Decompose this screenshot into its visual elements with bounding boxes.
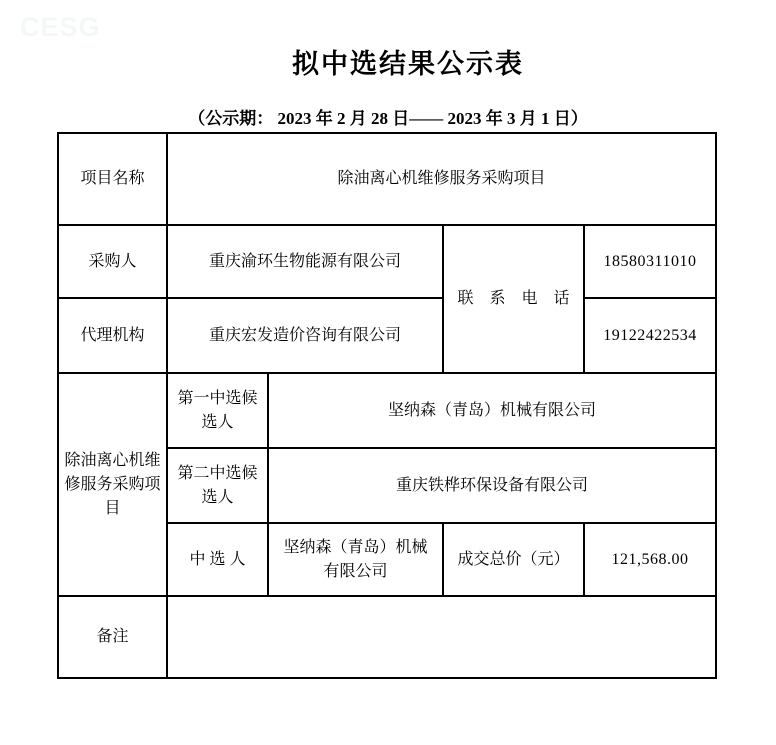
result-table: 项目名称 除油离心机维修服务采购项目 采购人 重庆渝环生物能源有限公司 联 系 …	[57, 132, 717, 679]
project-name-label: 项目名称	[58, 133, 167, 225]
purchaser-value: 重庆渝环生物能源有限公司	[167, 225, 443, 298]
row-project-name: 项目名称 除油离心机维修服务采购项目	[58, 133, 716, 225]
total-price-value: 121,568.00	[584, 523, 716, 596]
remarks-value	[167, 596, 716, 678]
total-price-label: 成交总价（元）	[443, 523, 584, 596]
agency-phone-value: 19122422534	[584, 298, 716, 373]
remarks-label: 备注	[58, 596, 167, 678]
winner-value: 坚纳森（青岛）机械 有限公司	[268, 523, 443, 596]
row-remarks: 备注	[58, 596, 716, 678]
section-label: 除油离心机维 修服务采购项 目	[58, 373, 167, 596]
cesg-watermark: CESG	[20, 12, 101, 43]
document-page: CESG 拟中选结果公示表 （公示期： 2023 年 2 月 28 日—— 20…	[0, 0, 776, 745]
contact-phone-label: 联 系 电 话	[443, 225, 584, 373]
agency-value: 重庆宏发造价咨询有限公司	[167, 298, 443, 373]
first-candidate-value: 坚纳森（青岛）机械有限公司	[268, 373, 716, 448]
second-candidate-label: 第二中选候 选人	[167, 448, 268, 523]
project-name-value: 除油离心机维修服务采购项目	[167, 133, 716, 225]
agency-label: 代理机构	[58, 298, 167, 373]
second-candidate-value: 重庆铁桦环保设备有限公司	[268, 448, 716, 523]
row-purchaser: 采购人 重庆渝环生物能源有限公司 联 系 电 话 18580311010	[58, 225, 716, 298]
winner-label: 中 选 人	[167, 523, 268, 596]
page-title: 拟中选结果公示表	[40, 0, 776, 83]
purchaser-phone-value: 18580311010	[584, 225, 716, 298]
purchaser-label: 采购人	[58, 225, 167, 298]
first-candidate-label: 第一中选候 选人	[167, 373, 268, 448]
publicity-period: （公示期： 2023 年 2 月 28 日—— 2023 年 3 月 1 日）	[0, 109, 776, 129]
row-first-candidate: 除油离心机维 修服务采购项 目 第一中选候 选人 坚纳森（青岛）机械有限公司	[58, 373, 716, 448]
row-agency: 代理机构 重庆宏发造价咨询有限公司 19122422534	[58, 298, 716, 373]
